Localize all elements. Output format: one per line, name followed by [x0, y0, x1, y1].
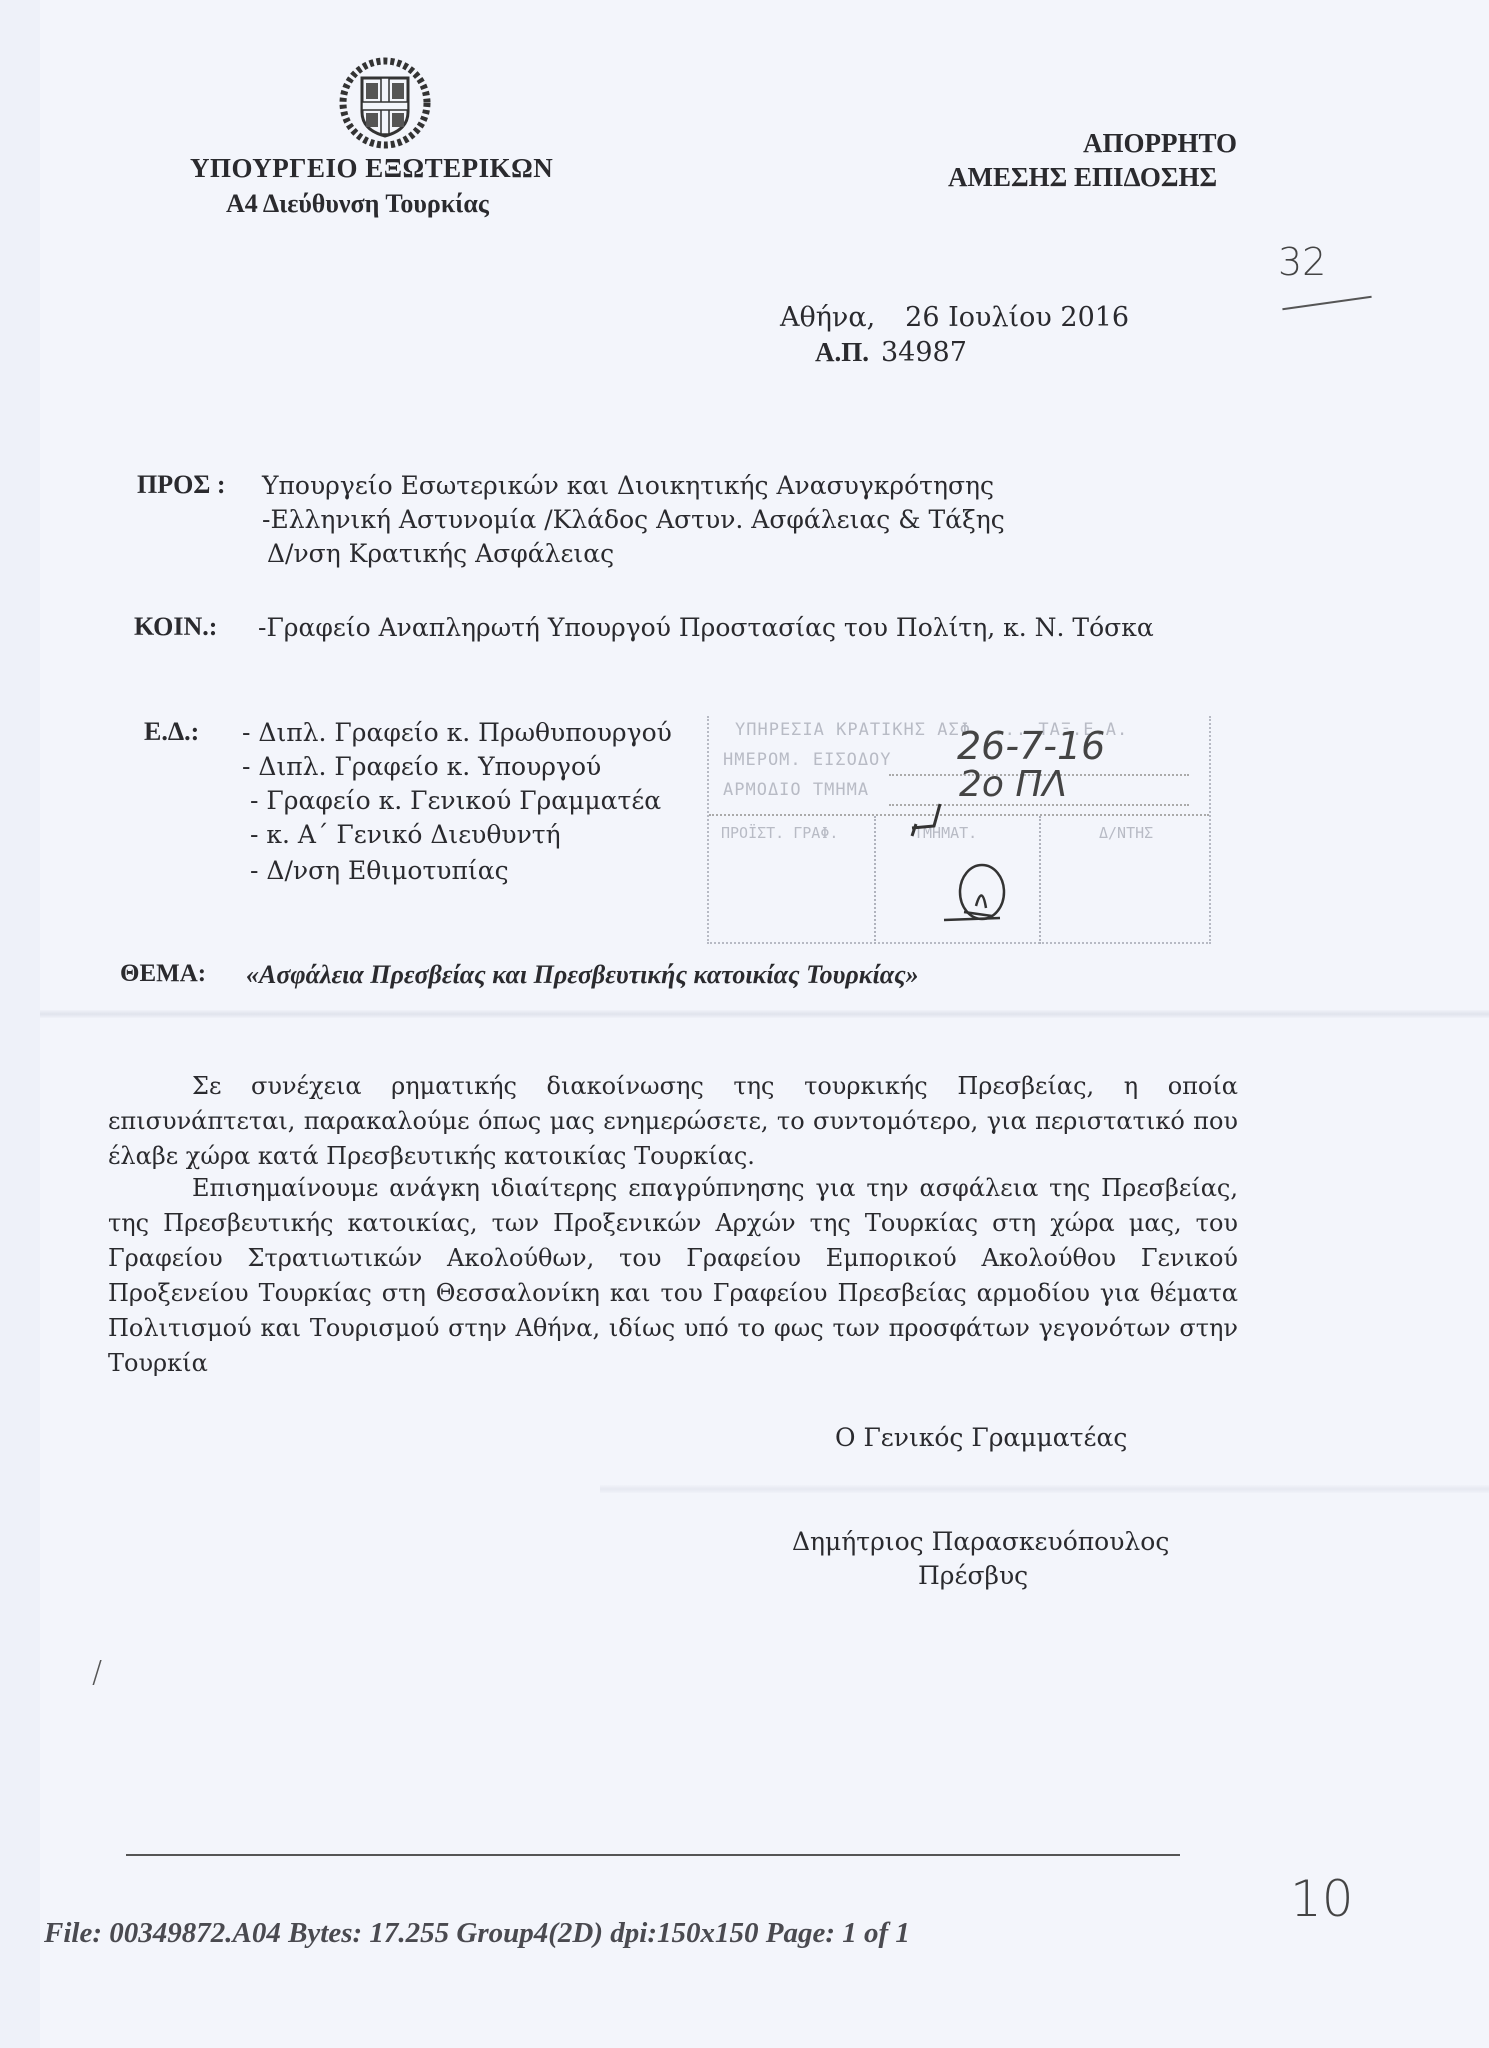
handwritten-page-number: 32: [1278, 240, 1326, 284]
handwritten-number: 10: [1290, 1870, 1354, 1928]
reference-line: Α.Π.34987: [815, 337, 967, 368]
stamp-cell-label: ΠΡΟΪΣΤ. ΓΡΑΦ.: [721, 824, 838, 842]
to-label: ΠΡΟΣ :: [137, 470, 226, 500]
subject-label: ΘΕΜΑ:: [120, 960, 206, 988]
internal-recipient: - Δ/νση Εθιμοτυπίας: [250, 856, 509, 885]
internal-recipient: - κ. Α΄ Γενικό Διευθυντή: [250, 820, 561, 849]
stamp-cell-label: Δ/ΝΤΗΣ: [1099, 824, 1153, 842]
signer-title: Ο Γενικός Γραμματέας: [835, 1423, 1127, 1452]
directorate-name: Α4 Διεύθυνση Τουρκίας: [226, 189, 489, 219]
stamp-grid: ΠΡΟΪΣΤ. ΓΡΑΦ. ΤΜΗΜΑΤ. Δ/ΝΤΗΣ: [709, 814, 1209, 944]
internal-recipient: - Διπλ. Γραφείο κ. Υπουργού: [242, 752, 601, 781]
margin-mark: /: [92, 1655, 102, 1690]
fax-transmission-info: File: 00349872.A04 Bytes: 17.255 Group4(…: [44, 1917, 910, 1950]
reference-number: 34987: [881, 337, 967, 368]
stamp-cell: ΤΜΗΜΑΤ.: [874, 816, 1041, 944]
cc-label: ΚΟΙΝ.:: [134, 612, 217, 642]
date-value: 26 Ιουλίου 2016: [905, 302, 1129, 333]
stamp-cell: Δ/ΝΤΗΣ: [1039, 816, 1207, 944]
body-paragraph-text: Επισημαίνουμε ανάγκη ιδιαίτερης επαγρύπν…: [108, 1174, 1238, 1377]
to-recipient: Υπουργείο Εσωτερικών και Διοικητικής Ανα…: [262, 471, 994, 500]
body-paragraph: Σε συνέχεια ρηματικής διακοίνωσης της το…: [108, 1069, 1238, 1174]
ministry-name: ΥΠΟΥΡΓΕΙΟ ΕΞΩΤΕΡΙΚΩΝ: [190, 153, 553, 184]
signer-rank: Πρέσβυς: [918, 1561, 1028, 1590]
reference-label: Α.Π.: [815, 337, 869, 367]
classification-secret: ΑΠΟΡΡΗΤΟ: [1083, 128, 1237, 159]
internal-distribution-label: Ε.Δ.:: [144, 717, 199, 747]
signer-name: Δημήτριος Παρασκευόπουλος: [792, 1527, 1169, 1556]
date-line: Αθήνα,26 Ιουλίου 2016: [780, 302, 1129, 333]
to-recipient: Δ/νση Κρατικής Ασφάλειας: [267, 539, 614, 568]
registry-stamp: ΥΠΗΡΕΣΙΑ ΚΡΑΤΙΚΗΣ ΑΣΦ. ... ΤΑΞ.Ε.Α. ΗΜΕΡ…: [707, 716, 1211, 944]
footer-divider: [126, 1854, 1180, 1856]
classification-urgent: ΑΜΕΣΗΣ ΕΠΙΔΟΣΗΣ: [948, 162, 1217, 193]
stamp-cell: ΠΡΟΪΣΤ. ΓΡΑΦ.: [709, 816, 876, 944]
body-paragraph-text: Σε συνέχεια ρηματικής διακοίνωσης της το…: [108, 1072, 1238, 1170]
internal-recipient: - Γραφείο κ. Γενικού Γραμματέα: [250, 786, 661, 815]
date-place: Αθήνα,: [780, 302, 875, 333]
greek-coat-of-arms-icon: [338, 56, 432, 150]
stamp-handwritten-date: 26-7-16: [957, 724, 1105, 768]
paper-crease: [40, 1010, 1489, 1018]
cc-recipient: -Γραφείο Αναπληρωτή Υπουργού Προστασίας …: [258, 613, 1154, 642]
body-paragraph: Επισημαίνουμε ανάγκη ιδιαίτερης επαγρύπν…: [108, 1171, 1238, 1381]
internal-recipient: - Διπλ. Γραφείο κ. Πρωθυπουργού: [242, 718, 672, 747]
subject-text: «Ασφάλεια Πρεσβείας και Πρεσβευτικής κατ…: [246, 960, 919, 990]
signature-scribble-icon: [904, 796, 1024, 936]
paper-crease: [600, 1485, 1489, 1493]
stamp-entry-date-row: ΗΜΕΡΟΜ. ΕΙΣΟΔΟΥ: [723, 750, 892, 770]
to-recipient: -Ελληνική Αστυνομία /Κλάδος Αστυν. Ασφάλ…: [262, 505, 1005, 534]
stamp-department-row: ΑΡΜΟΔΙΟ ΤΜΗΜΑ: [723, 780, 869, 800]
document-page: [40, 0, 1489, 2048]
